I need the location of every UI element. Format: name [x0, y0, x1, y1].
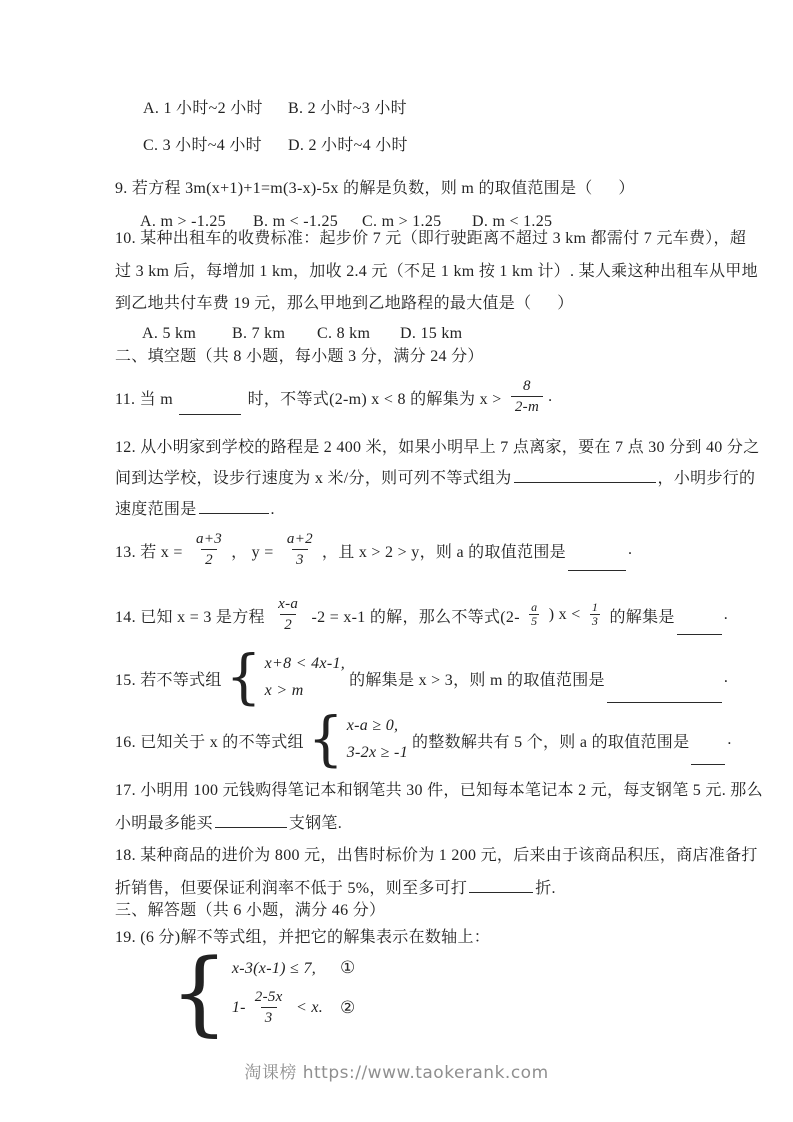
q16-text-end: .	[727, 731, 731, 749]
fraction-numerator: 2-5x	[251, 989, 287, 1006]
left-brace: {	[308, 714, 344, 767]
fraction-denominator: 3	[292, 549, 308, 569]
q13-text-end: .	[628, 541, 632, 559]
q19-row2-post: < x.	[292, 998, 323, 1018]
q13-blank	[568, 556, 626, 571]
fraction-numerator: a+2	[283, 531, 317, 548]
q12-blank-1	[514, 467, 656, 483]
q15-blank	[607, 688, 722, 703]
exam-page: A. 1 小时~2 小时 B. 2 小时~3 小时 C. 3 小时~4 小时 D…	[0, 0, 793, 1122]
fraction-numerator: a	[529, 601, 539, 614]
q8-option-a: A. 1 小时~2 小时	[143, 98, 263, 120]
question-18-line1: 18. 某种商品的进价为 800 元，出售时标价为 1 200 元，后来由于该商…	[115, 845, 758, 867]
q12-text-line3: 速度范围是	[115, 501, 197, 518]
left-brace: {	[170, 952, 229, 1035]
q15-text-end: .	[724, 669, 728, 687]
q13-text-mid2: ，且 x > 2 > y，则 a 的取值范围是	[322, 539, 566, 562]
q18-text-line2-post: 折.	[535, 880, 556, 897]
fraction: x-a2	[274, 596, 302, 633]
inequality-system: {x+8 < 4x-1,x > m	[226, 653, 345, 703]
q14-text-mid2: ) x <	[544, 606, 584, 624]
question-17-line1: 17. 小明用 100 元钱购得笔记本和钢笔共 30 件，已知每本笔记本 2 元…	[115, 780, 763, 802]
system-row-2: x > m	[265, 681, 345, 701]
fraction: 2-5x3	[251, 989, 287, 1026]
q14-text-mid3: 的解集是	[605, 604, 675, 627]
system-row-2: 1-2-5x3 < x.	[232, 989, 323, 1026]
q12-text-line2: 间到达学校，设步行速度为 x 米/分，则可列不等式组为	[115, 470, 512, 487]
q14-blank	[677, 620, 722, 635]
system-row-1: x+8 < 4x-1,	[265, 654, 345, 674]
fraction-denominator: 5	[529, 614, 539, 629]
question-12-line1: 12. 从小明家到学校的路程是 2 400 米，如果小明早上 7 点离家，要在 …	[115, 437, 760, 459]
q16-text-pre: 16. 已知关于 x 的不等式组	[115, 729, 304, 752]
q10-option-d: D. 15 km	[400, 323, 462, 345]
fraction-denominator: 2-m	[511, 396, 543, 416]
q8-option-b: B. 2 小时~3 小时	[288, 98, 407, 120]
equation-tag-1: ①	[340, 958, 355, 978]
fraction-numerator: 8	[519, 378, 535, 395]
q11-text-mid: 时，不等式(2-m) x < 8 的解集为 x >	[243, 386, 506, 409]
fraction-numerator: x-a	[274, 596, 302, 613]
question-17-line2: 小明最多能买支钢笔.	[115, 812, 342, 835]
q10-option-b: B. 7 km	[232, 323, 285, 345]
fraction: a+32	[192, 531, 226, 568]
question-10-line1: 10. 某种出租车的收费标准：起步价 7 元（即行驶距离不超过 3 km 都需付…	[115, 228, 746, 250]
q19-row1-expr: x-3(x-1) ≤ 7,	[232, 959, 316, 979]
q16-blank	[691, 750, 725, 765]
fraction-denominator: 2	[280, 614, 296, 634]
question-16: 16. 已知关于 x 的不等式组{x-a ≥ 0,3-2x ≥ -1的整数解共有…	[115, 710, 732, 770]
q15-text-pre: 15. 若不等式组	[115, 667, 222, 690]
q8-option-c: C. 3 小时~4 小时	[143, 135, 262, 157]
fraction: a+23	[283, 531, 317, 568]
q14-text-end: .	[724, 606, 728, 624]
q10-option-c: C. 8 km	[317, 323, 370, 345]
section-header-fill-in: 二、填空题（共 8 小题，每小题 3 分，满分 24 分）	[115, 346, 484, 368]
q13-text-mid1: ， y =	[231, 539, 278, 562]
q18-blank	[469, 877, 533, 893]
inequality-system: {x-a ≥ 0,3-2x ≥ -1	[308, 715, 408, 765]
question-13: 13. 若 x = a+32， y = a+23，且 x > 2 > y，则 a…	[115, 524, 632, 576]
equation-tag-2: ②	[340, 998, 355, 1018]
question-15: 15. 若不等式组{x+8 < 4x-1,x > m的解集是 x > 3，则 m…	[115, 648, 728, 708]
q11-text-pre: 11. 当 m	[115, 386, 177, 409]
fraction-numerator: 1	[590, 601, 600, 614]
question-12-line2: 间到达学校，设步行速度为 x 米/分，则可列不等式组为，小明步行的	[115, 467, 755, 490]
system-row-2: 3-2x ≥ -1	[347, 743, 408, 763]
q14-text-mid1: -2 = x-1 的解，那么不等式(2-	[307, 604, 524, 627]
system-row-1: x-a ≥ 0,	[347, 716, 408, 736]
fraction: a5	[529, 601, 539, 629]
q12-text-line2-post: ，小明步行的	[658, 470, 756, 487]
q10-option-a: A. 5 km	[142, 323, 196, 345]
question-14: 14. 已知 x = 3 是方程 x-a2 -2 = x-1 的解，那么不等式(…	[115, 590, 728, 640]
q16-text-post: 的整数解共有 5 个，则 a 的取值范围是	[412, 729, 689, 752]
question-18-line2: 折销售，但要保证利润率不低于 5%，则至多可打折.	[115, 877, 556, 900]
q11-blank	[179, 400, 241, 415]
question-9-stem: 9. 若方程 3m(x+1)+1=m(3-x)-5x 的解是负数，则 m 的取值…	[115, 178, 635, 200]
fraction: 82-m	[511, 378, 543, 415]
section-header-solve: 三、解答题（共 6 小题，满分 46 分）	[115, 900, 385, 922]
q13-text-pre: 13. 若 x =	[115, 539, 187, 562]
footer-watermark: 淘课榜 https://www.taokerank.com	[0, 1058, 793, 1083]
q18-text-line2: 折销售，但要保证利润率不低于 5%，则至多可打	[115, 880, 467, 897]
question-10-line2: 过 3 km 后，每增加 1 km，加收 2.4 元（不足 1 km 按 1 k…	[115, 261, 758, 283]
system-row-1: x-3(x-1) ≤ 7,	[232, 959, 323, 979]
q19-row2-pre: 1-	[232, 998, 246, 1018]
fraction-denominator: 3	[261, 1007, 277, 1027]
q17-blank	[215, 812, 287, 828]
fraction-numerator: a+3	[192, 531, 226, 548]
q14-text-pre: 14. 已知 x = 3 是方程	[115, 604, 269, 627]
q12-blank-2	[199, 498, 269, 514]
left-brace: {	[226, 652, 262, 705]
question-10-line3: 到乙地共付车费 19 元，那么甲地到乙地路程的最大值是（ ）	[115, 293, 574, 315]
question-19-system: { x-3(x-1) ≤ 7, 1-2-5x3 < x.	[170, 950, 323, 1036]
q8-option-d: D. 2 小时~4 小时	[288, 135, 408, 157]
question-11: 11. 当 m 时，不等式(2-m) x < 8 的解集为 x > 82-m.	[115, 374, 552, 420]
q17-text-line2-post: 支钢笔.	[289, 815, 342, 832]
fraction-denominator: 2	[201, 549, 217, 569]
q15-text-post: 的解集是 x > 3，则 m 的取值范围是	[349, 667, 605, 690]
fraction-denominator: 3	[590, 614, 600, 629]
q11-text-end: .	[548, 388, 552, 406]
q17-text-line2: 小明最多能买	[115, 815, 213, 832]
question-12-line3: 速度范围是.	[115, 498, 275, 521]
fraction: 13	[590, 601, 600, 629]
q12-text-line3-post: .	[271, 501, 275, 518]
